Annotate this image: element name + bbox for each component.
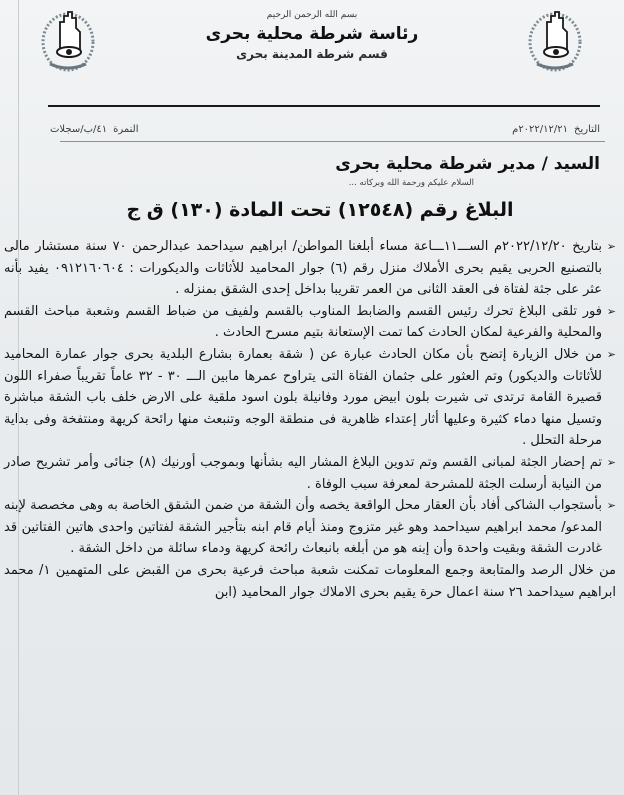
paragraph-text: من خلال الزيارة إتضح بأن مكان الحادث عبا… <box>4 344 602 452</box>
letterhead: بسم الله الرحمن الرحيم رئاسة شرطة محلية … <box>170 10 454 61</box>
reference-number: النمرة ٤١/ب/سجلات <box>50 124 139 135</box>
paragraph-response: ➢ فور تلقى البلاغ تحرك رئيس القسم والضاب… <box>4 301 616 344</box>
report-body: ➢ بتاريخ ٢٠٢٢/١٢/٢٠م الســـ١١ـــاعة مساء… <box>4 236 616 603</box>
reference-divider <box>60 141 605 142</box>
arrow-bullet-icon: ➢ <box>607 236 616 258</box>
date-label: التاريخ <box>574 124 600 135</box>
department-subtitle: قسم شرطة المدينة بحرى <box>170 47 454 61</box>
arrow-bullet-icon: ➢ <box>607 301 616 323</box>
basmala: بسم الله الرحمن الرحيم <box>170 10 454 20</box>
paragraph-arrest: من خلال الرصد والمتابعة وجمع المعلومات ت… <box>4 560 616 603</box>
header-divider <box>48 105 600 107</box>
document-date: التاريخ ٢٠٢٢/١٢/٢١م <box>512 124 600 135</box>
reference-number-label: النمرة <box>113 124 138 135</box>
paragraph-report-received: ➢ بتاريخ ٢٠٢٢/١٢/٢٠م الســـ١١ـــاعة مساء… <box>4 236 616 301</box>
paragraph-scene-visit: ➢ من خلال الزيارة إتضح بأن مكان الحادث ع… <box>4 344 616 452</box>
arrow-bullet-icon: ➢ <box>607 495 616 517</box>
paragraph-text: فور تلقى البلاغ تحرك رئيس القسم والضابط … <box>4 301 602 344</box>
paragraph-text: من خلال الرصد والمتابعة وجمع المعلومات ت… <box>4 560 616 603</box>
reference-row: النمرة ٤١/ب/سجلات التاريخ ٢٠٢٢/١٢/٢١م <box>50 124 600 135</box>
paragraph-text: بأستجواب الشاكى أفاد بأن العقار محل الوا… <box>4 495 602 560</box>
paragraph-complainant-statement: ➢ بأستجواب الشاكى أفاد بأن العقار محل ال… <box>4 495 616 560</box>
date-value: ٢٠٢٢/١٢/٢١م <box>512 124 568 135</box>
police-emblem-icon <box>40 6 96 78</box>
reference-number-value: ٤١/ب/سجلات <box>50 124 107 135</box>
paragraph-text: بتاريخ ٢٠٢٢/١٢/٢٠م الســـ١١ـــاعة مساء أ… <box>4 236 602 301</box>
arrow-bullet-icon: ➢ <box>607 452 616 474</box>
paragraph-autopsy: ➢ تم إحضار الجثة لمبانى القسم وتم تدوين … <box>4 452 616 495</box>
organization-title: رئاسة شرطة محلية بحرى <box>170 24 454 44</box>
addressee-line: السيد / مدير شرطة محلية بحرى <box>335 154 600 174</box>
report-title: البلاغ رقم (١٢٥٤٨) تحت المادة (١٣٠) ق ج <box>100 199 540 221</box>
greeting-line: السلام عليكم ورحمة الله وبركاته ... <box>349 178 474 188</box>
police-emblem-icon <box>527 6 583 78</box>
paragraph-text: تم إحضار الجثة لمبانى القسم وتم تدوين ال… <box>4 452 602 495</box>
arrow-bullet-icon: ➢ <box>607 344 616 366</box>
document-page: بسم الله الرحمن الرحيم رئاسة شرطة محلية … <box>0 0 624 795</box>
